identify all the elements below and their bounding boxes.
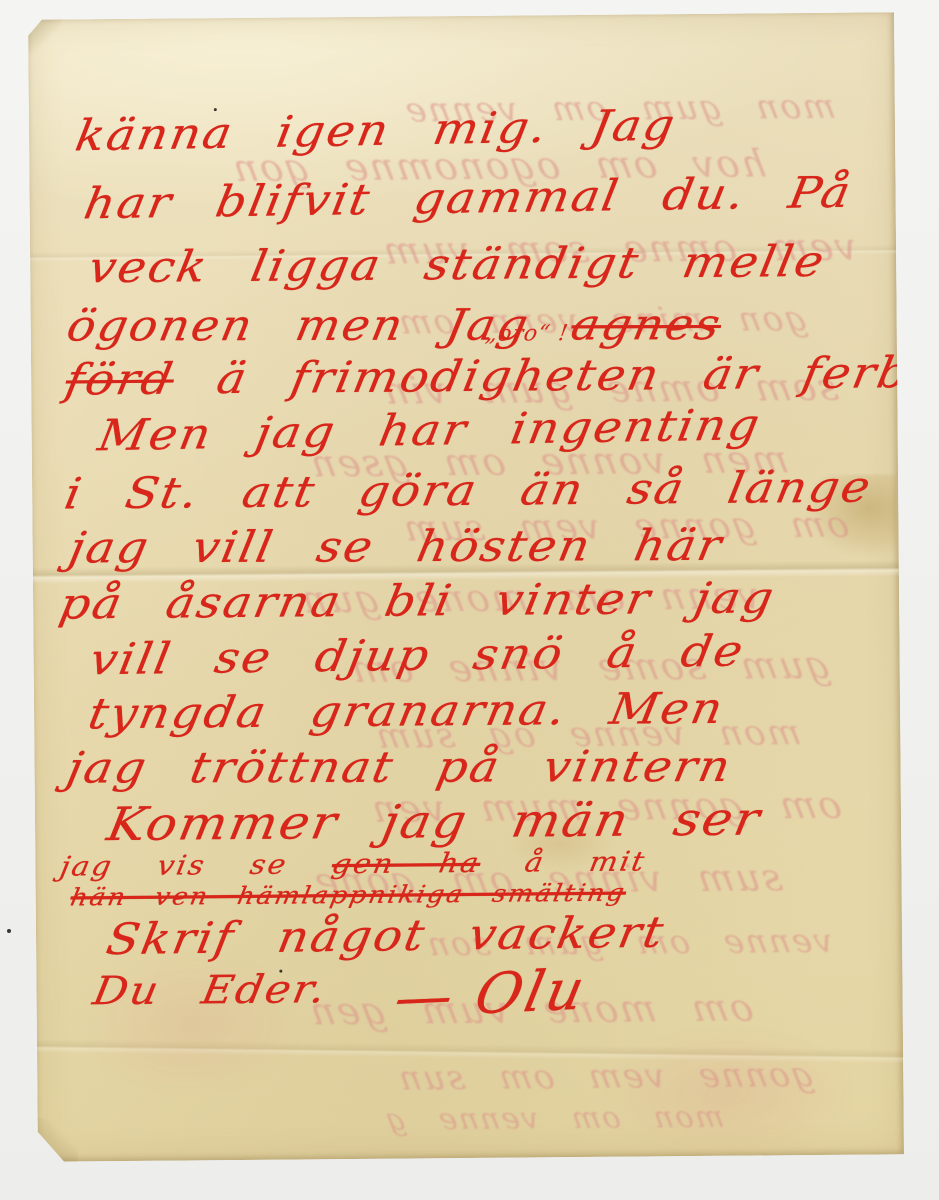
handwriting-line: på åsarna bli vinter jag <box>55 573 779 629</box>
handwriting-line: förd ä frimodigheten är ferb. <box>62 348 932 406</box>
handwriting-line: hän ven hämlappnikiga smälting <box>68 879 628 912</box>
handwriting-line: känna igen mig. Jag <box>72 100 680 161</box>
line-text: jag tröttnat på vintern <box>63 742 737 794</box>
line-struck-text: förd <box>62 355 179 406</box>
line-text: vill se djup snö å de <box>86 626 749 685</box>
handwriting-line: Du Eder. <box>89 967 331 1014</box>
handwriting-line: veck ligga ständigt melle <box>85 237 830 294</box>
line-text: känna igen mig. Jag <box>72 100 680 161</box>
line-text: jag vill se hösten här <box>65 521 728 574</box>
handwriting-line: jag tröttnat på vintern <box>63 742 737 794</box>
handwriting-line: i St. att göra än så länge <box>61 462 877 519</box>
scanner-background: mon gum om venne hov om ogonomne gon vem… <box>0 0 939 1200</box>
handwriting-line: Skrif något vackert <box>103 908 670 966</box>
line-struck-text: hän ven hämlappnikiga smälting <box>68 879 628 912</box>
handwriting-line: har blifvit gammal du. På <box>80 168 856 230</box>
line-struck-text: gen ha <box>329 848 483 880</box>
line-text: tyngda granarna. Men <box>84 684 728 740</box>
line-text: veck ligga ständigt melle <box>85 237 830 294</box>
dust-speck <box>7 929 11 933</box>
line-text: i St. att göra än så länge <box>61 462 877 519</box>
line-text: Skrif något vackert <box>103 908 670 966</box>
handwriting-line: Kommer jag män ser <box>103 791 766 851</box>
line-text: å mit <box>478 846 649 878</box>
handwriting-line: ögonen men Jag agnes <box>63 300 726 352</box>
line-text: Du Eder. <box>89 967 331 1014</box>
letter-page: mon gum om venne hov om ogonomne gon vem… <box>28 12 904 1162</box>
signature: — Olu <box>389 958 593 1031</box>
handwriting-layer: känna igen mig. Jag har blifvit gammal d… <box>28 12 904 1162</box>
line-text: på åsarna bli vinter jag <box>55 573 779 629</box>
line-struck-text: agnes <box>567 300 726 350</box>
handwriting-line: jag vis se gen ha å mit <box>58 846 649 882</box>
interline-annotation: „oro“ ! <box>484 321 571 347</box>
handwriting-line: tyngda granarna. Men <box>84 684 728 740</box>
line-text: har blifvit gammal du. På <box>80 168 856 230</box>
handwriting-line: Men jag har ingenting <box>94 400 765 461</box>
handwriting-line: vill se djup snö å de <box>86 626 749 685</box>
handwriting-line: jag vill se hösten här <box>65 521 728 574</box>
line-text: Kommer jag män ser <box>103 791 766 851</box>
line-text: Men jag har ingenting <box>94 400 765 461</box>
line-text: jag vis se <box>58 849 336 882</box>
line-text: ä frimodigheten är ferb. <box>169 348 932 405</box>
